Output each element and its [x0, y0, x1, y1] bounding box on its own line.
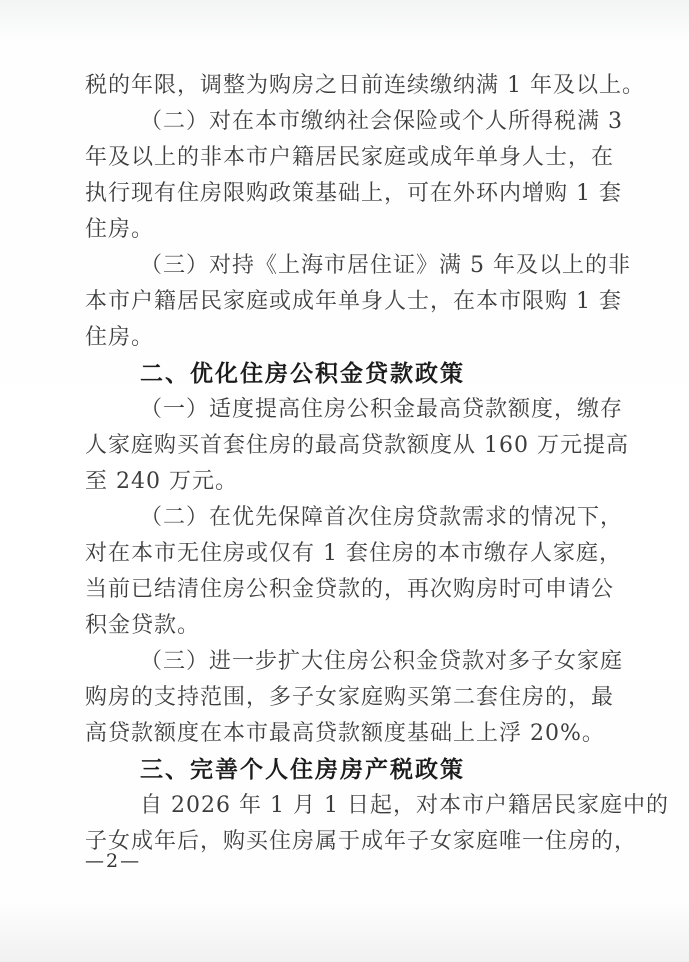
- page-number: —2—: [85, 846, 141, 876]
- text-line: （一）适度提高住房公积金最高贷款额度，缴存: [85, 392, 605, 428]
- text-line: 自 2026 年 1 月 1 日起，对本市户籍居民家庭中的: [85, 788, 605, 824]
- document-page: 税的年限，调整为购房之日前连续缴纳满 1 年及以上。 （二）对在本市缴纳社会保险…: [0, 0, 689, 962]
- text-line: （三）进一步扩大住房公积金贷款对多子女家庭: [85, 644, 605, 680]
- text-line: 税的年限，调整为购房之日前连续缴纳满 1 年及以上。: [85, 68, 605, 104]
- text-line: 对在本市无住房或仅有 1 套住房的本市缴存人家庭，: [85, 536, 605, 572]
- text-line: 人家庭购买首套住房的最高贷款额度从 160 万元提高: [85, 428, 605, 464]
- text-line: 住房。: [85, 320, 605, 356]
- text-line: 当前已结清住房公积金贷款的，再次购房时可申请公: [85, 572, 605, 608]
- section-heading: 三、完善个人住房房产税政策: [85, 752, 605, 788]
- text-line: 本市户籍居民家庭或成年单身人士，在本市限购 1 套: [85, 284, 605, 320]
- section-heading: 二、优化住房公积金贷款政策: [85, 356, 605, 392]
- text-line: 年及以上的非本市户籍居民家庭或成年单身人士，在: [85, 140, 605, 176]
- text-line: 执行现有住房限购政策基础上，可在外环内增购 1 套: [85, 176, 605, 212]
- text-line: 住房。: [85, 212, 605, 248]
- text-line: （二）对在本市缴纳社会保险或个人所得税满 3: [85, 104, 605, 140]
- text-line: 高贷款额度在本市最高贷款额度基础上上浮 20%。: [85, 716, 605, 752]
- text-line: 子女成年后，购买住房属于成年子女家庭唯一住房的，: [85, 824, 605, 860]
- text-line: （三）对持《上海市居住证》满 5 年及以上的非: [85, 248, 605, 284]
- text-line: 至 240 万元。: [85, 464, 605, 500]
- text-line: 积金贷款。: [85, 608, 605, 644]
- document-body: 税的年限，调整为购房之日前连续缴纳满 1 年及以上。 （二）对在本市缴纳社会保险…: [85, 68, 605, 860]
- text-line: （二）在优先保障首次住房贷款需求的情况下，: [85, 500, 605, 536]
- text-line: 购房的支持范围，多子女家庭购买第二套住房的，最: [85, 680, 605, 716]
